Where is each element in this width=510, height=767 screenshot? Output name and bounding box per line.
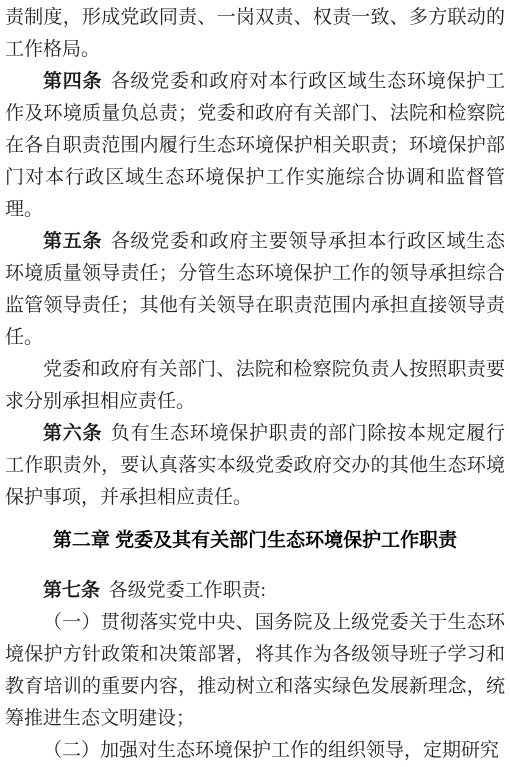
article-6-paragraph: 第六条负有生态环境保护职责的部门除按本规定履行工作职责外，要认真落实本级党委政府… [5,418,505,514]
article-4-text: 各级党委和政府对本行政区域生态环境保护工作及环境质量负总责；党委和政府有关部门、… [5,71,505,220]
article-7-text: 各级党委工作职责: [109,580,266,601]
duty-item-1: （一）贯彻落实党中央、国务院及上级党委关于生态环境保护方针政策和决策部署，将其作… [5,607,505,735]
article-5-paragraph: 第五条各级党委和政府主要领导承担本行政区域生态环境质量领导责任；分管生态环境保护… [5,226,505,354]
duty-item-2: （二）加强对生态环境保护工作的组织领导，定期研究 [5,735,505,767]
article-4-label: 第四条 [43,71,102,92]
paragraph-responsibility: 党委和政府有关部门、法院和检察院负责人按照职责要求分别承担相应责任。 [5,354,505,418]
article-5-label: 第五条 [43,231,102,252]
article-7-label: 第七条 [43,580,100,601]
chapter-2-heading: 第二章 党委及其有关部门生态环境保护工作职责 [5,525,505,557]
article-7-paragraph: 第七条各级党委工作职责: [5,575,505,607]
document-page: 责制度，形成党政同责、一岗双责、权责一致、多方联动的工作格局。 第四条各级党委和… [0,0,510,767]
paragraph-continuation: 责制度，形成党政同责、一岗双责、权责一致、多方联动的工作格局。 [5,2,505,66]
article-4-paragraph: 第四条各级党委和政府对本行政区域生态环境保护工作及环境质量负总责；党委和政府有关… [5,66,505,226]
article-6-label: 第六条 [43,423,102,444]
